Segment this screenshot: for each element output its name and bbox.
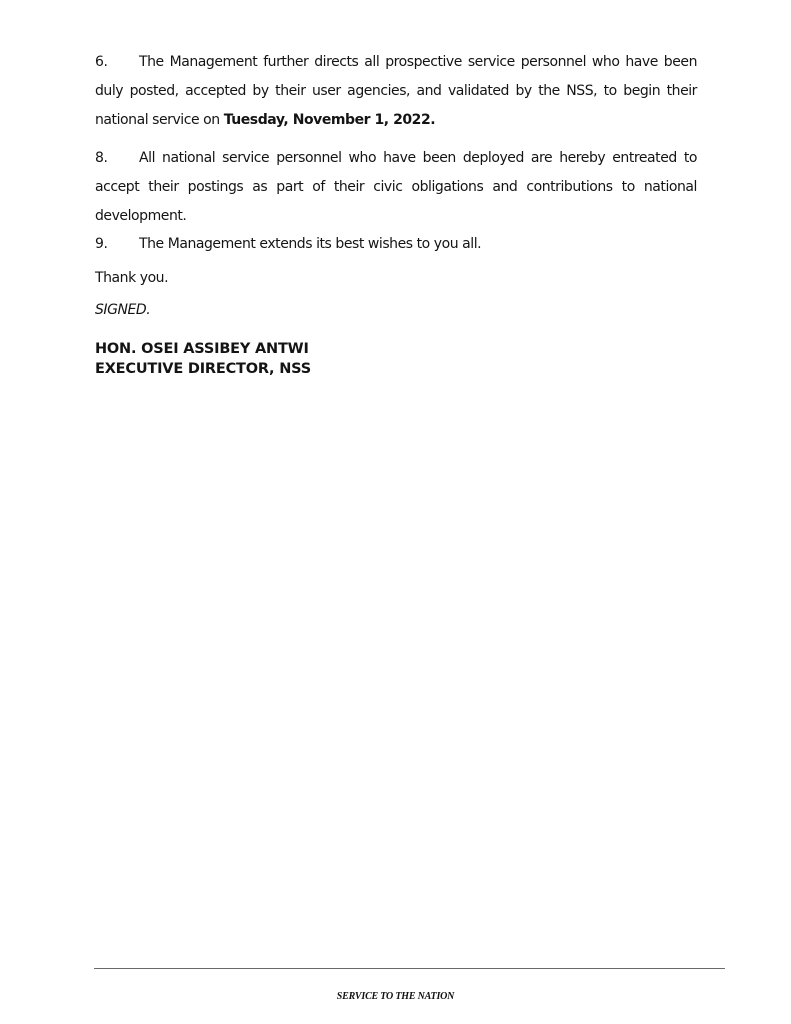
paragraph-9: 9.The Management extends its best wishes…	[95, 230, 697, 259]
paragraph-8: 8.All national service personnel who hav…	[95, 144, 697, 231]
paragraph-number: 9.	[95, 230, 139, 259]
paragraph-text: All national service personnel who have …	[95, 150, 697, 224]
signature-block: HON. OSEI ASSIBEY ANTWI EXECUTIVE DIRECT…	[95, 339, 311, 379]
paragraph-number: 8.	[95, 144, 139, 173]
footer-motto: SERVICE TO THE NATION	[0, 991, 791, 1002]
signed-text: SIGNED.	[95, 296, 150, 325]
document-page: 6.The Management further directs all pro…	[0, 0, 791, 1024]
start-date-emphasis: Tuesday, November 1, 2022.	[224, 112, 435, 128]
footer-divider	[94, 968, 725, 969]
paragraph-6: 6.The Management further directs all pro…	[95, 48, 697, 135]
signatory-title: EXECUTIVE DIRECTOR, NSS	[95, 359, 311, 379]
paragraph-number: 6.	[95, 48, 139, 77]
signatory-name: HON. OSEI ASSIBEY ANTWI	[95, 339, 311, 359]
closing-text: Thank you.	[95, 264, 168, 293]
paragraph-text: The Management extends its best wishes t…	[139, 236, 481, 252]
